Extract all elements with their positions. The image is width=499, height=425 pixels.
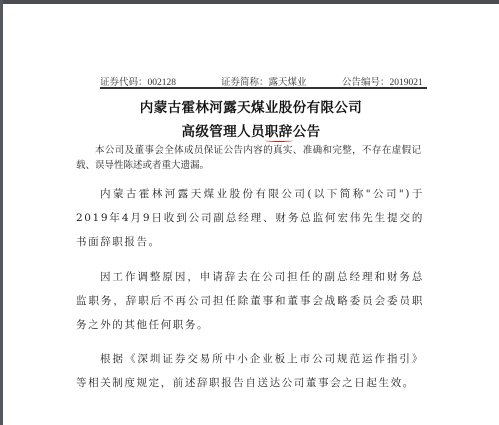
stock-abbreviation: 证券简称：露天煤业 (221, 74, 307, 88)
notice-title-suffix: 公告 (293, 124, 321, 140)
company-title: 内蒙古霍林河露天煤业股份有限公司 (3, 96, 499, 116)
disclaimer-paragraph: 本公司及董事会全体成员保证公告内容的真实、准确和完整，不存在虚假记载、误导性陈述… (76, 143, 421, 173)
document-header-line: 证券代码：002128 证券简称：露天煤业 公告编号：2019021 (100, 73, 427, 89)
spellcheck-marked-word: 职辞 (265, 120, 293, 140)
body-paragraph-resignation-received: 内蒙古霍林河露天煤业股份有限公司(以下简称"公司")于2019年4月9日收到公司… (76, 182, 424, 254)
stock-code: 证券代码：002128 (100, 74, 176, 88)
document-viewer: 证券代码：002128 证券简称：露天煤业 公告编号：2019021 内蒙古霍林… (0, 0, 499, 425)
document-page[interactable]: 证券代码：002128 证券简称：露天煤业 公告编号：2019021 内蒙古霍林… (3, 4, 499, 425)
notice-title-prefix: 高级管理人员 (181, 124, 264, 140)
body-paragraph-effective-date: 根据《深圳证券交易所中小企业板上市公司规范运作指引》等相关制度规定，前述辞职报告… (76, 347, 424, 395)
notice-number: 公告编号：2019021 (342, 74, 423, 88)
notice-title: 高级管理人员职辞公告 (3, 120, 499, 140)
body-paragraph-resignation-reason: 因工作调整原因，申请辞去在公司担任的副总经理和财务总监职务，辞职后不再公司担任除… (76, 265, 424, 337)
